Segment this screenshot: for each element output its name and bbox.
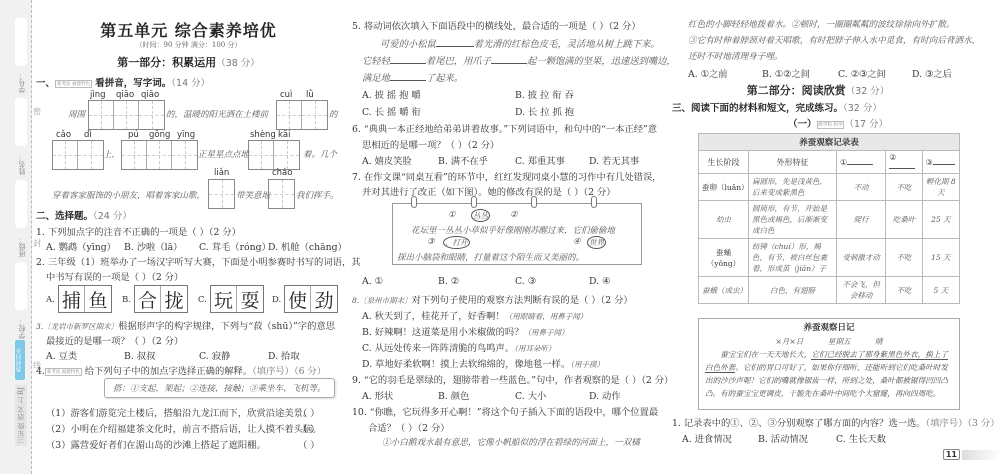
cell: 受刺激才动 [837,239,886,277]
passage-text: 着尾巴，用爪子 [426,56,491,67]
write-grid[interactable] [276,100,328,130]
q4-answer-blank[interactable]: （ ） [298,421,320,435]
q3-option-a[interactable]: A. 豆类 [46,348,77,362]
class-label: 班级： [17,236,27,257]
fill-blank[interactable] [436,38,474,47]
name-label: 姓名： [17,154,27,175]
column-3: 红色的小脚轻轻地拨着水。②顿时，一圈圈粼粼的波纹徐徐向外扩散。 ③它有时伸着脖颈… [678,0,978,474]
mark-1: ① [448,210,456,220]
q3-source: 3.〔龙岩市新罗区期末〕 [36,322,118,331]
q4-item: （3）露营爱好者们在湄山岛的沙滩上搭起了遮阳棚。 [46,437,266,451]
write-grid[interactable] [88,100,165,130]
q-points: （3 分） [967,418,999,429]
q-note: （填序号） [926,418,968,429]
cell: 蚕卵（luǎn） [699,174,749,201]
q6-option-a[interactable]: A. 嬉皮笑脸 [362,153,412,167]
q1-stem: 1. 下列加点字的注音不正确的一项是（ ）（2 分） [36,224,241,238]
write-grid[interactable] [52,140,104,170]
cell: 孵化期 8 天 [922,174,959,201]
part-2-heading: 第二部分：阅读欣赏（32 分） [668,82,968,98]
q2-option-b[interactable]: 合拢 [134,285,188,313]
q2-option-b-label[interactable]: B. [122,295,131,305]
q10-option-b[interactable]: B. ①②之间 [762,66,810,80]
write-grid[interactable] [268,179,295,209]
cell: 25 天 [922,201,959,239]
char: 使 [285,286,311,312]
section-1-heading: 一、新考法 福建特色 看拼音，写字词。（14 分） [36,75,210,89]
school-box[interactable] [15,262,27,310]
q7-stem: 7. 在作文课“同桌互看”的环节中，红红发现同桌小慧的习作中有几处错误， [352,169,662,183]
q10-passage: ①小白鹅戏水最有意思，它像小帆船似的浮在碧绿的河面上，一双橘 [382,436,640,448]
q8-option-b[interactable]: B. 好辣啊！这道菜是用小米椒做的吗？（用鼻子闻） [362,324,569,338]
passage-text: 满足地 [362,73,390,84]
cell: 不吃 [886,239,922,277]
section-2-heading: 二、选择题。（24 分） [36,208,132,222]
passage-text: 的，温暖的阳光洒在土楼前 [166,108,268,120]
q9-option-a[interactable]: A. 形状 [362,388,393,402]
passage-text: 穿着客家服饰的小朋友，唱着客家山歌， [52,189,205,201]
q10-option-d[interactable]: D. ③之后 [912,66,952,80]
q2-option-d[interactable]: 使劲 [284,285,338,313]
table-caption: 养蚕观察记录表 [699,134,960,151]
q2-stem: 2. 三年级（1）班举办了一场汉字听写大赛，下面是小明参赛时书写的词语，其 [36,254,361,268]
passage-text: 我们挥手。 [296,189,339,201]
ring-icon [411,196,417,208]
sub-section-1-heading: （一）跨学科 科学（17 分） [788,116,888,130]
option-note: （用手摸） [570,360,604,369]
passage-text: 周围 [68,108,85,120]
q7-option-b[interactable]: B. ② [438,276,459,287]
table-row: 蚕蛾（成虫） 白色，有翅膀 不会飞，但会移动 不吃 5 天 [699,277,960,304]
write-grid[interactable] [248,140,300,170]
q4-answer-blank[interactable]: （ ） [298,405,320,419]
q6-stem: 6. “典典一本正经地给弟弟讲着故事。”下列词语中，和句中的“一本正经”意 [352,121,657,135]
cell: 爬行 [837,201,886,239]
q4-answer-blank[interactable]: （ ） [298,437,320,451]
char: 耍 [237,286,263,312]
s3-q1-option-a[interactable]: A. 进食情况 [682,431,732,445]
header-mark: ① [840,158,847,167]
q2-option-d-label[interactable]: D. [272,295,281,305]
cell: 白色，有翅膀 [749,277,837,304]
fill-blank[interactable] [390,72,426,81]
class-box[interactable] [15,180,27,228]
pinyin: cuì [280,90,292,100]
q9-stem: 9. “它的羽毛是翠绿的，翅膀带着一些蓝色。”句中，作者观察的是（ ）（2 分） [352,372,673,386]
q3-stem: 3.〔龙岩市新罗区期末〕根据形声字的构字规律，下列与“菽（shū）”字的意思 [36,318,335,332]
q2-option-c[interactable]: 玩耍 [210,285,264,313]
pinyin: dì [84,130,92,140]
section-3-points: （32 分） [843,103,882,114]
page-tab-decoration [962,450,1000,460]
page-number: 11 [943,449,960,460]
q9-option-c[interactable]: C. 大小 [515,388,546,402]
q3-option-c[interactable]: C. 寂静 [199,348,230,362]
option-text: A. 秋天到了，桂花开了，好香啊！ [362,311,505,322]
section-2-points: （24 分） [93,211,132,222]
q6-stem-cont: 思相近的是哪一项？（ ）（2 分） [362,137,499,151]
cell: 蚕蛾（成虫） [699,277,749,304]
pinyin: liǎn [214,168,229,178]
student-id-label: 学号： [17,72,27,93]
q3-stem-cont: 最接近的是哪一项？（ ）（2 分） [46,333,183,347]
cell: 15 天 [922,239,959,277]
passage-text: 它轻轻 [362,56,390,67]
table-row: 幼虫 圆筒形，有节，开始是黑色或褐色，后渐渐变成白色 爬行 吃桑叶 25 天 [699,201,960,239]
cell: 幼虫 [699,201,749,239]
q4-stem: 4.新考法 福建特色 给下列句子中的加点字选择正确的解释。（填序号）（6 分） [36,363,326,377]
q7-option-a[interactable]: A. ① [362,276,383,287]
new-method-tag: 新考法 福建特色 [45,368,82,376]
mark-4: ④ [573,237,581,247]
s3-q1-option-b[interactable]: B. 活动情况 [758,431,808,445]
char: 拢 [161,286,187,312]
exam-meta: （时间：90 分钟 满分：100 分） [36,40,341,50]
write-grid[interactable] [208,179,235,209]
q4-points: （6 分） [294,366,326,377]
sub-points: （17 分） [844,119,888,130]
q1-option-c[interactable]: C. 茸毛（róng） [199,239,271,253]
q8-option-a[interactable]: A. 秋天到了，桂花开了，好香啊！（用眼睛看，用鼻子闻） [362,308,587,322]
binding-sidebar: 学号： 姓名： 班级： 学校： 教材同步 三年级 语文 上 RJ [0,0,32,474]
q5-passage: 满足地了起来。 [362,70,463,84]
s3-q1-option-c[interactable]: C. 生长天数 [836,431,886,445]
part-1-heading: 第一部分：积累运用（38 分） [36,54,341,70]
sync-badge: 教材同步 [15,340,25,380]
q10-passage: 还时不时地清理身子哩。 [688,50,783,62]
passage-text: 正星星点点地 [198,148,249,160]
table-row: 蚕蛹（yǒng） 纺锤（chuí）形，褐色，有节，被白丝包裹着，形成茧（jiǎn… [699,239,960,277]
correction-4: 世界 [587,236,606,249]
option-text: D. 草地好柔软啊！摸上去软绵绵的，像地毯一样。 [362,359,570,370]
cell: 吃桑叶 [886,201,922,239]
pinyin: shèng [250,130,276,140]
school-label: 学校： [17,318,27,339]
table-row: 蚕卵（luǎn） 扁圆形，先是浅黄色，后来变成紫黑色 不动 不吃 孵化期 8 天 [699,174,960,201]
section-2-title: 二、选择题。 [36,211,93,222]
q5-passage: 它轻轻着尾巴，用爪子起一颗饱满的坚果，迅速送到嘴边， [362,53,676,67]
diary-text: 蚕宝宝们在一天天地长大， [720,350,811,359]
fill-blank[interactable] [390,55,426,64]
q10-option-a[interactable]: A. ①之前 [688,66,728,80]
passage-text: 的 [329,108,338,120]
passage-text: 可爱的小松鼠 [380,39,436,50]
ring-icon [591,196,597,208]
q8-source: 8.〔泉州市期末〕 [352,296,412,305]
q7-option-d[interactable]: D. ④ [589,276,610,287]
q8-option-c[interactable]: C. 从远处传来一阵阵清脆的鸟鸣声。（用耳朵听） [362,340,555,354]
option-note: （用鼻子闻） [524,328,569,337]
q10-passage: ③它有时伸着脖颈对着天唱歌，有时把脖子伸入水中觅食，有时向后背洒水， [688,34,980,46]
header-mark: ③ [926,158,933,167]
diary-body: 蚕宝宝们在一天天地长大，它们已经脱去了那身紫黑色外衣，换上了白色外套。它们的胃口… [705,348,953,400]
part-2-title: 第二部分：阅读欣赏 [747,84,846,97]
q5-stem: 5. 将动词依次填入下面语段中的横线处，最合适的一项是（ ）（2 分） [352,18,641,32]
passage-text: 了起来。 [426,73,463,84]
option-text: C. 从远处传来一阵阵清脆的鸟鸣声。 [362,343,514,354]
diary-text: 。它们的胃口可好了，如果你仔细听，还能听到它们吃桑叶时发出的沙沙声呢！它们的嘴就… [705,363,948,398]
q1-option-d[interactable]: D. 机舱（chāng） [268,239,347,253]
column-2: 5. 将动词依次填入下面语段中的横线处，最合适的一项是（ ）（2 分） 可爱的小… [352,0,657,474]
fill-blank[interactable] [491,55,527,64]
correction-1: 丛丛 [471,209,490,222]
part-2-points: （32 分） [846,86,890,97]
pinyin: jìng [90,90,106,100]
q6-option-d[interactable]: D. 若无其事 [589,153,639,167]
page-title: 第五单元 综合素养培优 [36,18,341,41]
q2-option-a-label[interactable]: A. [46,295,55,305]
char: 劲 [311,286,337,312]
header-mark: ② [889,153,896,162]
q5-passage: 可爱的小松鼠着光滑的红棕色皮毛，灵活地从树上跳下来。 [380,36,660,50]
diary-date: ×月×日 星期五 晴 [705,335,953,348]
section-3-title: 三、阅读下面的材料和短文，完成练习。 [672,103,843,114]
part-1-title: 第一部分：积累运用 [117,56,216,69]
cross-subject-tag: 跨学科 科学 [817,121,845,129]
q1-option-a[interactable]: A. 鹦鹉（yīng） [46,239,116,253]
cell: 圆筒形，有节，开始是黑色或褐色，后渐渐变成白色 [749,201,837,239]
q5-option-b[interactable]: B. 披 拉 衔 吞 [515,87,574,101]
pinyin: cǎo [56,130,71,140]
option-note: （用耳朵听） [514,344,555,353]
pinyin: qiāo [141,90,159,100]
table-header-blank-2[interactable]: ② [886,151,922,174]
section-1-label: 一、 [36,78,55,89]
q4-note: （填序号） [252,366,294,377]
q7-notebook-figure: ① 丛丛 ② 花坛里一丛丛小草似乎好像刚刚苏醒过来，它们偷偷地 ③ ，打开 ④ … [392,203,642,265]
q5-option-c[interactable]: C. 长 摇 嚼 衔 [362,104,421,118]
section-1-title: 看拼音，写字词。 [95,78,171,89]
q10-option-c[interactable]: C. ②③之间 [838,66,886,80]
q4-num: 4. [36,366,45,377]
option-note: （用眼睛看，用鼻子闻） [505,312,588,321]
silkworm-diary: 养蚕观察日记 ×月×日 星期五 晴 蚕宝宝们在一天天地长大，它们已经脱去了那身紫… [698,318,960,410]
cell: 5 天 [922,277,959,304]
pinyin: lǜ [306,90,314,100]
q5-option-d[interactable]: D. 长 拉 抓 抱 [515,104,574,118]
char: 合 [135,286,161,312]
q8-text: 对下列句子使用的观察方法判断有误的是（ ）（2 分） [412,295,633,306]
table-header-blank-1[interactable]: ① [837,151,886,174]
q2-option-c-label[interactable]: C. [198,295,207,305]
pinyin: pú [128,130,139,140]
table-header: 外形特征 [749,151,837,174]
option-text: B. 好辣啊！这道菜是用小米椒做的吗？ [362,327,524,338]
q6-option-b[interactable]: B. 满不在乎 [438,153,488,167]
sub-label: （一） [788,119,817,130]
passage-text: 上， [103,148,120,160]
mark-3: ③ [427,237,435,247]
part-1-points: （38 分） [216,58,260,69]
q4-item: （2）小明在介绍福建茶文化时，前言不搭后语，让人摸不着头脑。 [46,421,322,435]
section-3-heading: 三、阅读下面的材料和短文，完成练习。（32 分） [672,100,882,114]
q10-stem: 10. “你瞧，它玩得多开心啊！”将这个句子插入下面的语段中，哪个位置最 [352,404,658,418]
passage-text: 起一颗饱满的坚果，迅速送到嘴边， [527,56,676,67]
q-text: 1. 记录表中的①、②、③分别观察了哪方面的内容？选一选。 [672,418,926,429]
cell: 不吃 [886,174,922,201]
q7-option-c[interactable]: C. ③ [515,276,536,287]
name-box[interactable] [15,98,27,146]
char: 玩 [211,286,237,312]
q4-item: （1）游客们游览完土楼后，搭船沿九龙江而下，欣赏沿途美景。 [46,405,312,419]
mark-2: ② [510,210,518,220]
write-grid[interactable] [121,140,198,170]
s3-q1-stem: 1. 记录表中的①、②、③分别观察了哪方面的内容？选一选。（填序号）（3 分） [672,415,1000,429]
q6-option-c[interactable]: C. 郑重其事 [515,153,565,167]
cell: 蚕蛹（yǒng） [699,239,749,277]
notebook-line-2: 探出小脑袋和眼睛，打量着这个陌生而又美丽的。 [397,251,584,263]
grade-label: 三年级 语文 上 RJ [15,385,27,446]
q7-stem-cont: 并对其进行了改正（如下图）。她的修改有误的是（ ）（2 分） [362,184,616,198]
passage-text: 带笑意地 [236,189,270,201]
passage-text: 着光滑的红棕色皮毛，灵活地从树上跳下来。 [474,39,660,50]
q4-text: 给下列句子中的加点字选择正确的解释。 [85,366,252,377]
pinyin: kāi [278,130,291,140]
q8-option-d[interactable]: D. 草地好柔软啊！摸上去软绵绵的，像地毯一样。（用手摸） [362,356,604,370]
q3-option-b[interactable]: B. 叔叔 [124,348,155,362]
ring-icon [531,196,537,208]
q8-stem: 8.〔泉州市期末〕对下列句子使用的观察方法判断有误的是（ ）（2 分） [352,292,633,306]
q3-option-d[interactable]: D. 拾取 [268,348,300,362]
diary-title: 养蚕观察日记 [705,322,953,335]
correction-3: ，打开 [443,236,470,249]
q1-option-b[interactable]: B. 沙啦（lā） [124,239,182,253]
cell: 纺锤（chuí）形，褐色，有节，被白丝包裹着，形成茧（jiǎn）子 [749,239,837,277]
column-1: 第五单元 综合素养培优 （时间：90 分钟 满分：100 分） 第一部分：积累运… [36,0,341,474]
pinyin: cháo [272,168,292,178]
char: 鱼 [85,286,111,312]
student-id-box[interactable] [15,18,27,66]
pinyin: qiāo [116,90,134,100]
table-header-blank-3[interactable]: ③ [922,151,959,174]
q3-text: 根据形声字的构字规律，下列与“菽（shū）”字的意思 [118,321,335,332]
table-header: 生长阶段 [699,151,749,174]
q10-passage: 红色的小脚轻轻地拨着水。②顿时，一圈圈粼粼的波纹徐徐向外扩散。 [688,18,954,30]
pinyin: gōng [149,130,170,140]
char: 捕 [59,286,85,312]
q9-option-b[interactable]: B. 颜色 [438,388,469,402]
q2-stem-cont: 中书写有误的一项是（ ）（2 分） [46,269,183,283]
q9-option-d[interactable]: D. 动作 [589,388,621,402]
cell: 不吃 [886,277,922,304]
q10-stem-cont: 合适？（ ）（2 分） [368,420,450,434]
ring-icon [471,196,477,208]
q2-option-a[interactable]: 捕鱼 [58,285,112,313]
cell: 不会飞，但会移动 [837,277,886,304]
section-1-points: （14 分） [171,78,210,89]
silkworm-record-table: 养蚕观察记录表 生长阶段 外形特征 ① ② ③ 蚕卵（luǎn） 扁圆形，先是浅… [698,133,960,304]
q5-option-a[interactable]: A. 披 摇 抱 嚼 [362,87,421,101]
cell: 不动 [837,174,886,201]
new-method-tag: 新考法 福建特色 [55,80,92,88]
notebook-line-1: 花坛里一丛丛小草似乎好像刚刚苏醒过来，它们偷偷地 [411,224,615,236]
passage-text: 着。几个 [303,148,337,160]
q4-hint-box: 搭：①支起，架起；②连接，接触；③乘坐车、飞机等。 [104,378,335,398]
cell: 扁圆形，先是浅黄色，后来变成紫黑色 [749,174,837,201]
pinyin: yīng [177,130,195,140]
